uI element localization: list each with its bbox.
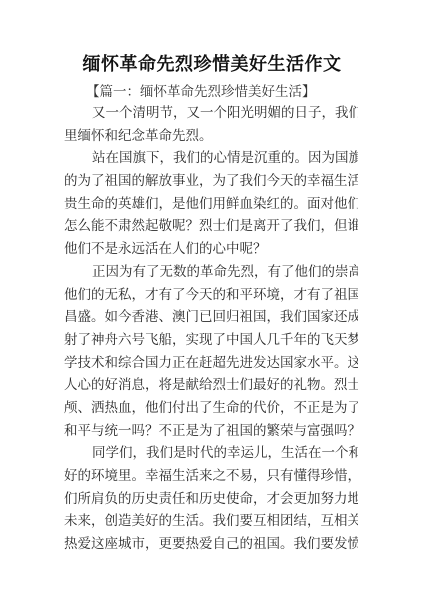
text-line: 好的环境里。幸福生活来之不易，只有懂得珍惜，懂得我 xyxy=(64,465,358,488)
text-line: 怎么能不肃然起敬呢？烈士们是离开了我们，但谁又能说 xyxy=(64,215,358,238)
text-line: 人心的好消息，将是献给烈士们最好的礼物。烈士们抛头 xyxy=(64,374,358,397)
text-line: 热爱这座城市，更要热爱自己的祖国。我们要发愤学习， xyxy=(64,533,358,556)
text-line: 的为了祖国的解放事业，为了我们今天的幸福生活献出宝 xyxy=(64,170,358,193)
text-line: 又一个清明节，又一个阳光明媚的日子，我们在在这 xyxy=(64,102,358,125)
document-page: 缅怀革命先烈珍惜美好生活作文 【篇一：缅怀革命先烈珍惜美好生活】 又一个清明节，… xyxy=(0,0,424,600)
text-line: 里缅怀和纪念革命先烈。 xyxy=(64,125,358,148)
text-line: 昌盛。如今香港、澳门已回归祖国，我们国家还成功地发 xyxy=(64,306,358,329)
text-line: 颅、洒热血，他们付出了生命的代价，不正是为了祖国的 xyxy=(64,397,358,420)
text-line: 和平与统一吗？不正是为了祖国的繁荣与富强吗？ xyxy=(64,420,358,443)
text-line: 正因为有了无数的革命先烈，有了他们的崇高，有了 xyxy=(64,261,358,284)
text-line: 射了神舟六号飞船，实现了中国人几千年的飞天梦想。科 xyxy=(64,329,358,352)
text-line: 贵生命的英雄们，是他们用鲜血染红的。面对他们，我们 xyxy=(64,193,358,216)
text-line: 他们的无私，才有了今天的和平环境，才有了祖国的繁荣 xyxy=(64,284,358,307)
text-line: 站在国旗下，我们的心情是沉重的。因为国旗是无数 xyxy=(64,147,358,170)
text-line: 未来，创造美好的生活。我们要互相团结，互相关爱，要 xyxy=(64,510,358,533)
essay-body: 又一个清明节，又一个阳光明媚的日子，我们在在这里缅怀和纪念革命先烈。站在国旗下，… xyxy=(64,102,358,556)
text-line: 同学们，我们是时代的幸运儿，生活在一个和平、美 xyxy=(64,442,358,465)
document-title: 缅怀革命先烈珍惜美好生活作文 xyxy=(0,50,424,76)
text-line: 他们不是永远活在人们的心中呢？ xyxy=(64,238,358,261)
text-line: 们所肩负的历史责任和历史使命，才会更加努力地去创造 xyxy=(64,488,358,511)
section-heading: 【篇一：缅怀革命先烈珍惜美好生活】 xyxy=(86,80,316,100)
text-line: 学技术和综合国力正在赶超先进发达国家水平。这些振奋 xyxy=(64,352,358,375)
